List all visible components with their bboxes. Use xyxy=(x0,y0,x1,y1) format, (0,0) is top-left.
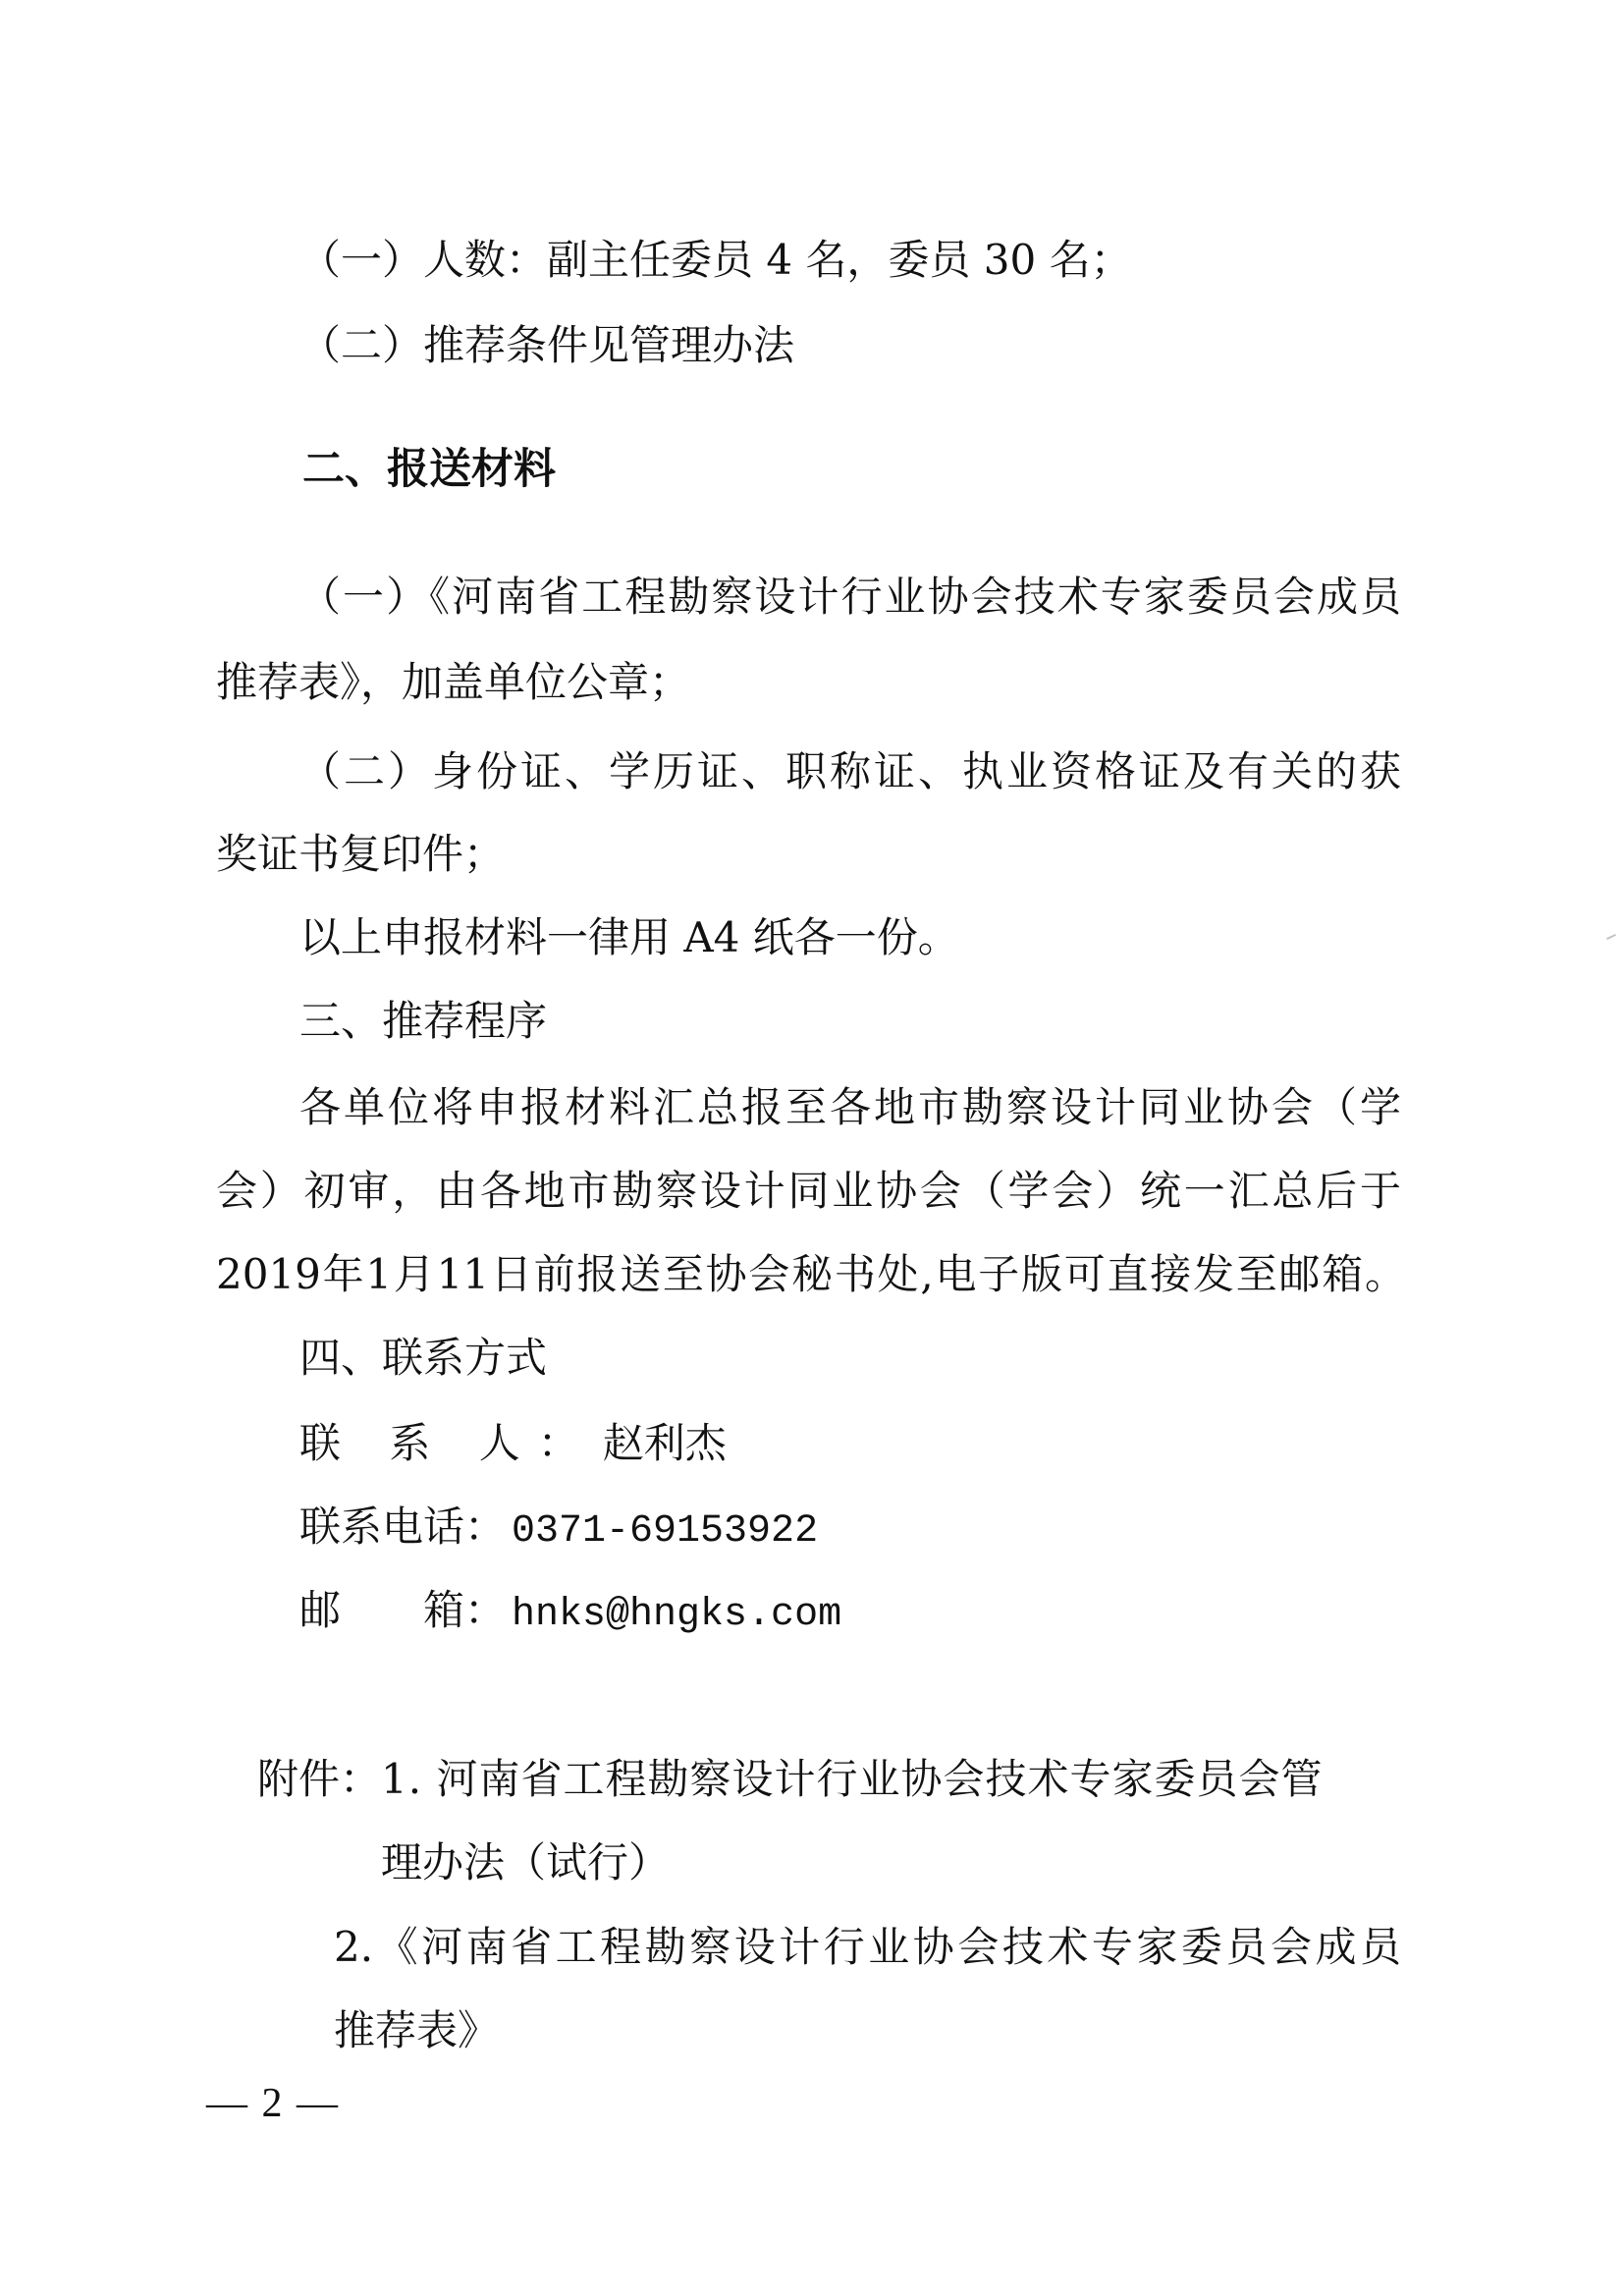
materials-item-2-line-2: 奖证书复印件； xyxy=(216,825,505,884)
attachments-label: 附件： xyxy=(257,1755,381,1803)
contact-email-row: 邮 箱：hnks@hngks.com xyxy=(299,1581,841,1640)
scan-speck xyxy=(1606,934,1616,940)
materials-note: 以上申报材料一律用 A4 纸各一份。 xyxy=(299,908,959,967)
attachment-2-line-2: 推荐表》 xyxy=(334,2001,499,2060)
section-heading-contact: 四、联系方式 xyxy=(299,1329,547,1388)
materials-item-1-line-1: （一）《河南省工程勘察设计行业协会技术专家委员会成员 xyxy=(299,568,1401,627)
procedure-line-2: 会）初审，由各地市勘察设计同业协会（学会）统一汇总后于 xyxy=(216,1162,1401,1221)
recommend-count-item: （一）人数：副主任委员 4 名，委员 30 名； xyxy=(299,231,1132,290)
contact-email-link[interactable]: hnks@hngks.com xyxy=(512,1586,841,1645)
contact-phone-label: 联系电话： xyxy=(299,1498,506,1557)
contact-email-label: 邮 箱： xyxy=(299,1581,506,1640)
attachment-2-line-1: 2.《河南省工程勘察设计行业协会技术专家委员会成员 xyxy=(334,1918,1401,1977)
materials-item-2-line-1: （二）身份证、学历证、职称证、执业资格证及有关的获 xyxy=(299,742,1401,801)
materials-item-1-line-2: 推荐表》，加盖单位公章； xyxy=(216,653,690,712)
procedure-line-1: 各单位将申报材料汇总报至各地市勘察设计同业协会（学 xyxy=(299,1078,1401,1137)
contact-phone-value[interactable]: 0371-69153922 xyxy=(512,1503,818,1561)
section-heading-materials: 二、报送材料 xyxy=(302,440,556,499)
contact-person-label: 联 系 人： xyxy=(299,1414,597,1473)
recommend-conditions-item: （二）推荐条件见管理办法 xyxy=(299,316,794,375)
contact-person-row: 联 系 人：赵利杰 xyxy=(299,1414,727,1473)
document-page: （一）人数：副主任委员 4 名，委员 30 名； （二）推荐条件见管理办法 二、… xyxy=(0,0,1623,2296)
page-number: — 2 — xyxy=(206,2074,340,2133)
attachment-1-line-2: 理办法（试行） xyxy=(381,1833,670,1892)
attachment-1-line-1: 1. 河南省工程勘察设计行业协会技术专家委员会管 xyxy=(381,1755,1323,1803)
contact-person-value: 赵利杰 xyxy=(603,1414,727,1473)
section-heading-procedure: 三、推荐程序 xyxy=(299,992,547,1051)
attachment-1-row: 附件：1. 河南省工程勘察设计行业协会技术专家委员会管 xyxy=(257,1750,1401,1809)
contact-phone-row: 联系电话：0371-69153922 xyxy=(299,1498,818,1557)
procedure-line-3: 2019年1月11日前报送至协会秘书处,电子版可直接发至邮箱。 xyxy=(216,1245,1406,1304)
